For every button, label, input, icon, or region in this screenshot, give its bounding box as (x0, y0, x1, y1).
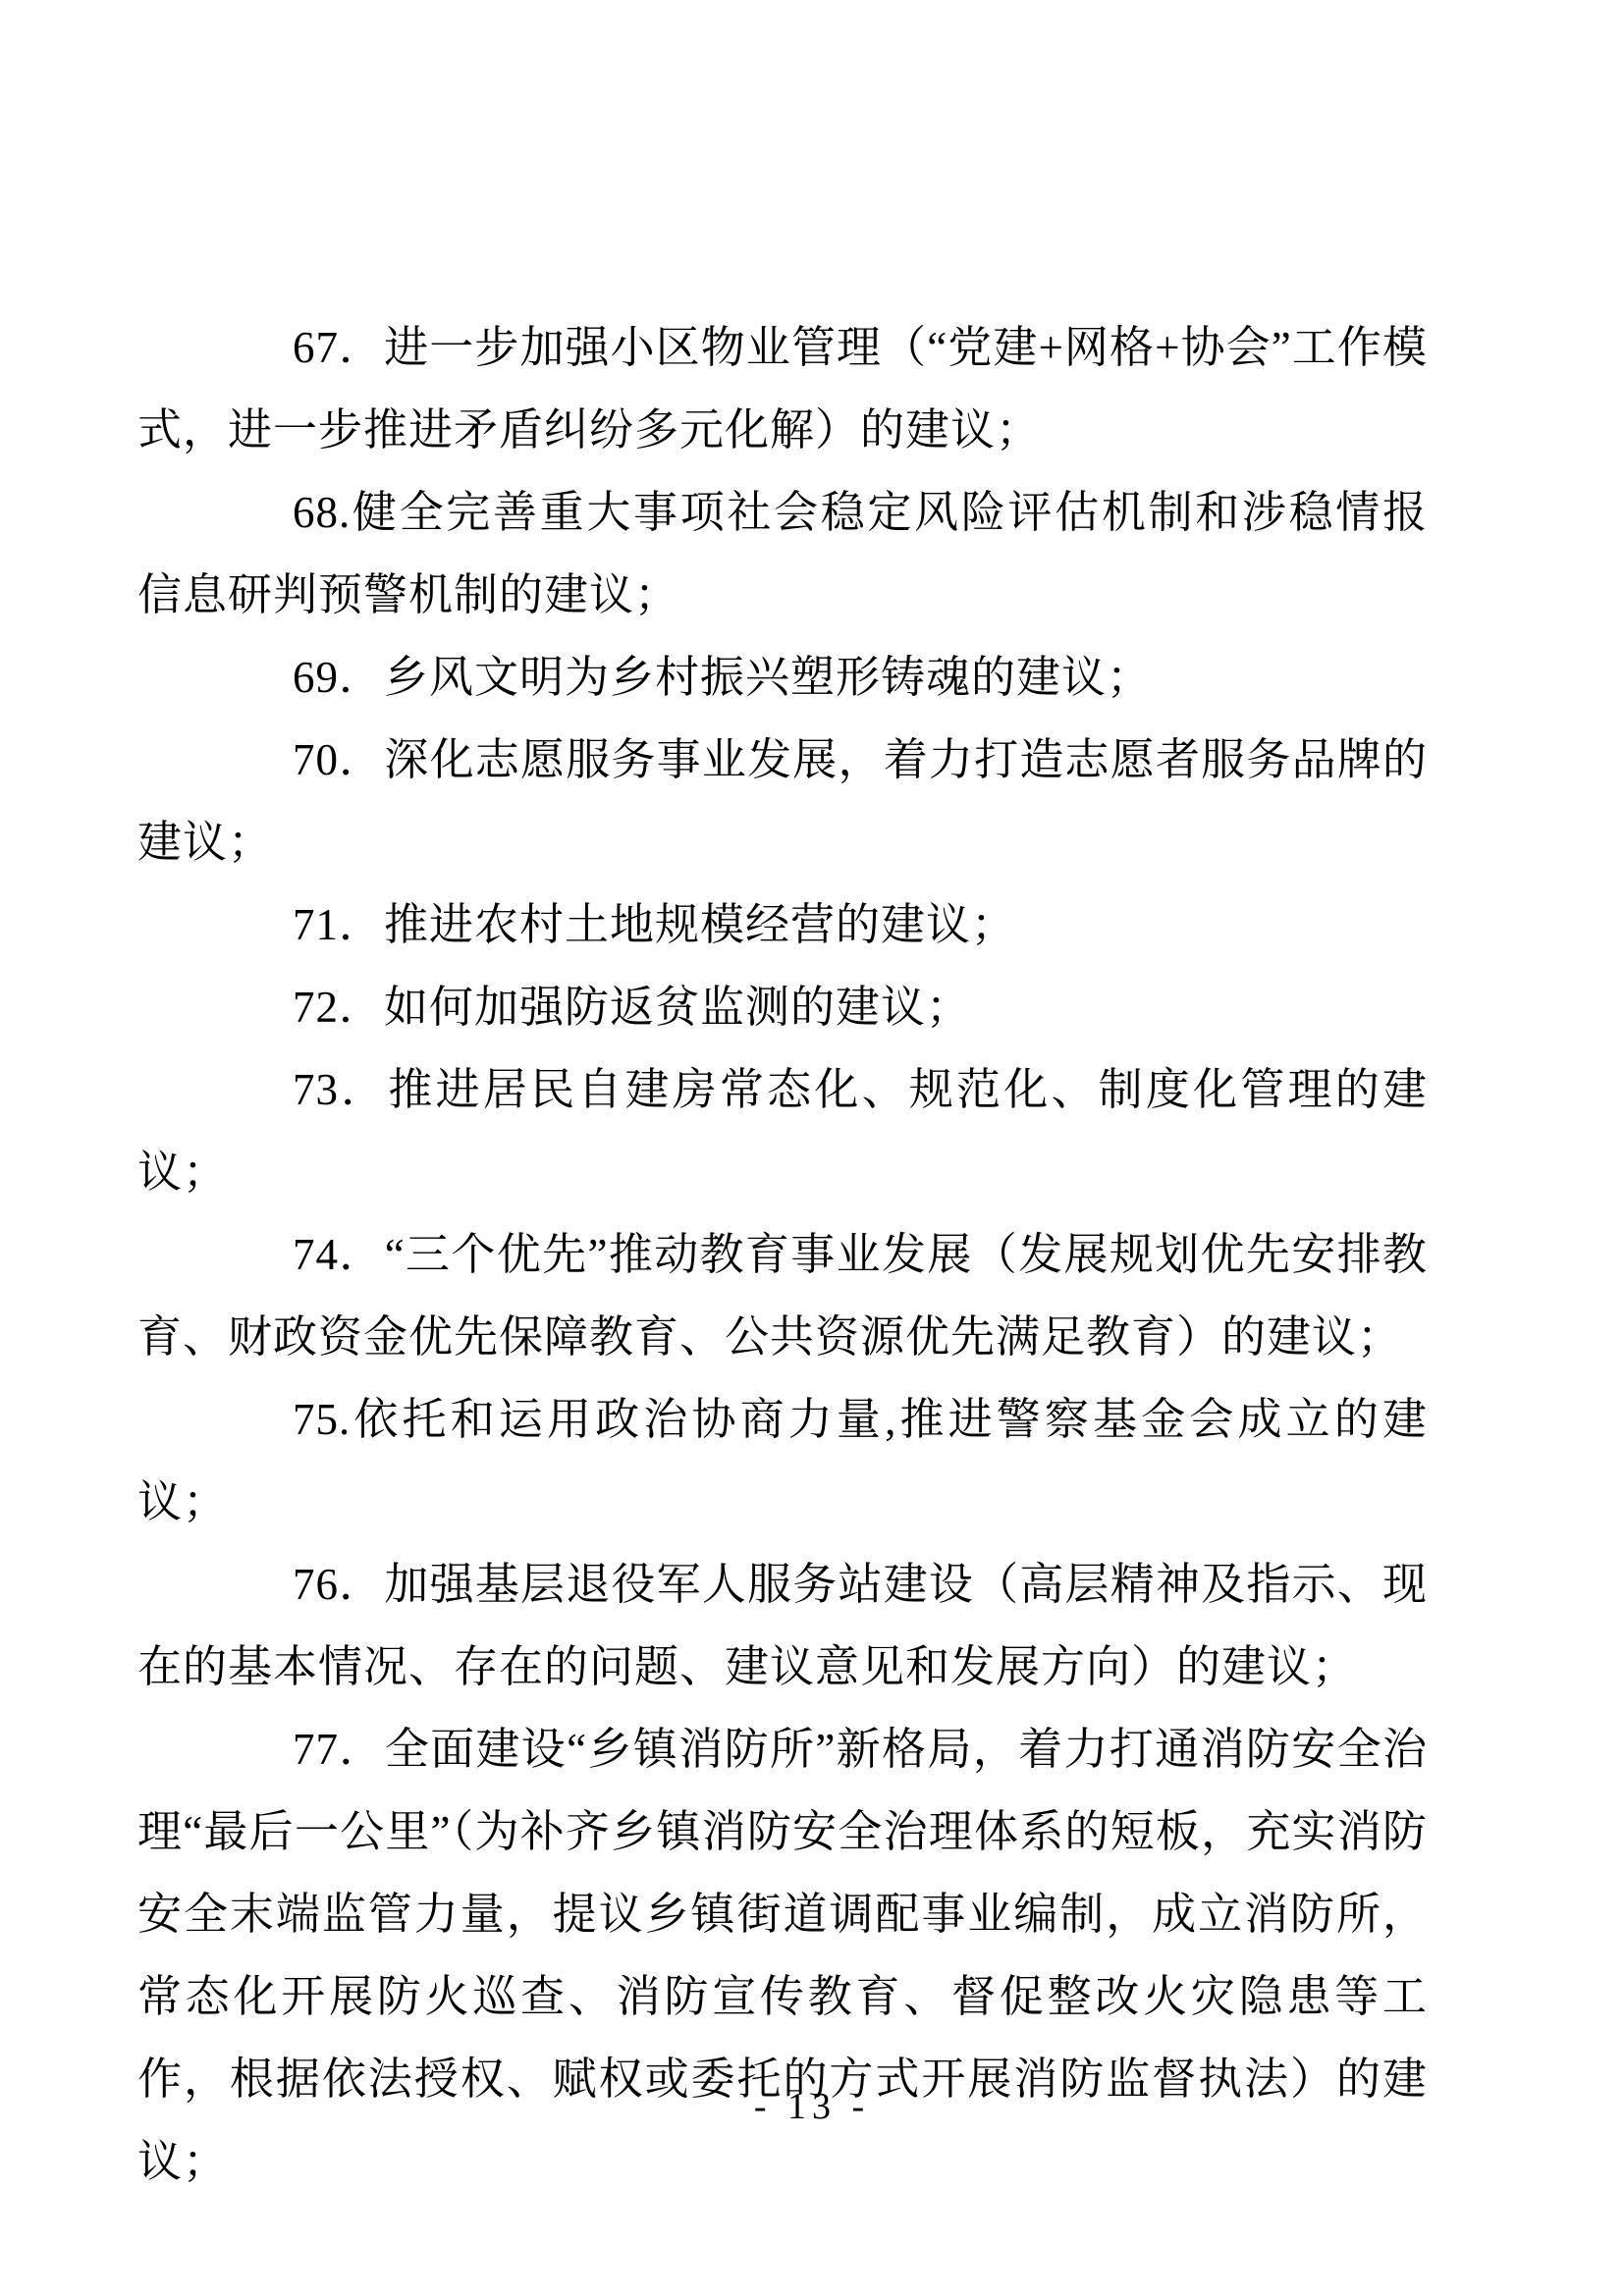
list-item-71: 71．推进农村土地规模经营的建议； (137, 883, 1428, 966)
document-page: 67．进一步加强小区物业管理（“党建+网格+协会”工作模式，进一步推进矛盾纠纷多… (0, 0, 1624, 2296)
list-item-74: 74．“三个优先”推动教育事业发展（发展规划优先安排教育、财政资金优先保障教育、… (137, 1213, 1428, 1378)
list-item-76: 76．加强基层退役军人服务站建设（高层精神及指示、现在的基本情况、存在的问题、建… (137, 1543, 1428, 1708)
list-item-73: 73．推进居民自建房常态化、规范化、制度化管理的建议； (137, 1048, 1428, 1213)
page-number: - 13 - (0, 2083, 1624, 2130)
document-body: 67．进一步加强小区物业管理（“党建+网格+协会”工作模式，进一步推进矛盾纠纷多… (137, 306, 1428, 2203)
list-item-70: 70．深化志愿服务事业发展，着力打造志愿者服务品牌的建议； (137, 719, 1428, 883)
list-item-75: 75.依托和运用政治协商力量,推进警察基金会成立的建议； (137, 1378, 1428, 1543)
list-item-69: 69．乡风文明为乡村振兴塑形铸魂的建议； (137, 636, 1428, 719)
list-item-67: 67．进一步加强小区物业管理（“党建+网格+协会”工作模式，进一步推进矛盾纠纷多… (137, 306, 1428, 471)
list-item-72: 72．如何加强防返贫监测的建议； (137, 966, 1428, 1048)
list-item-68: 68.健全完善重大事项社会稳定风险评估机制和涉稳情报信息研判预警机制的建议； (137, 471, 1428, 636)
